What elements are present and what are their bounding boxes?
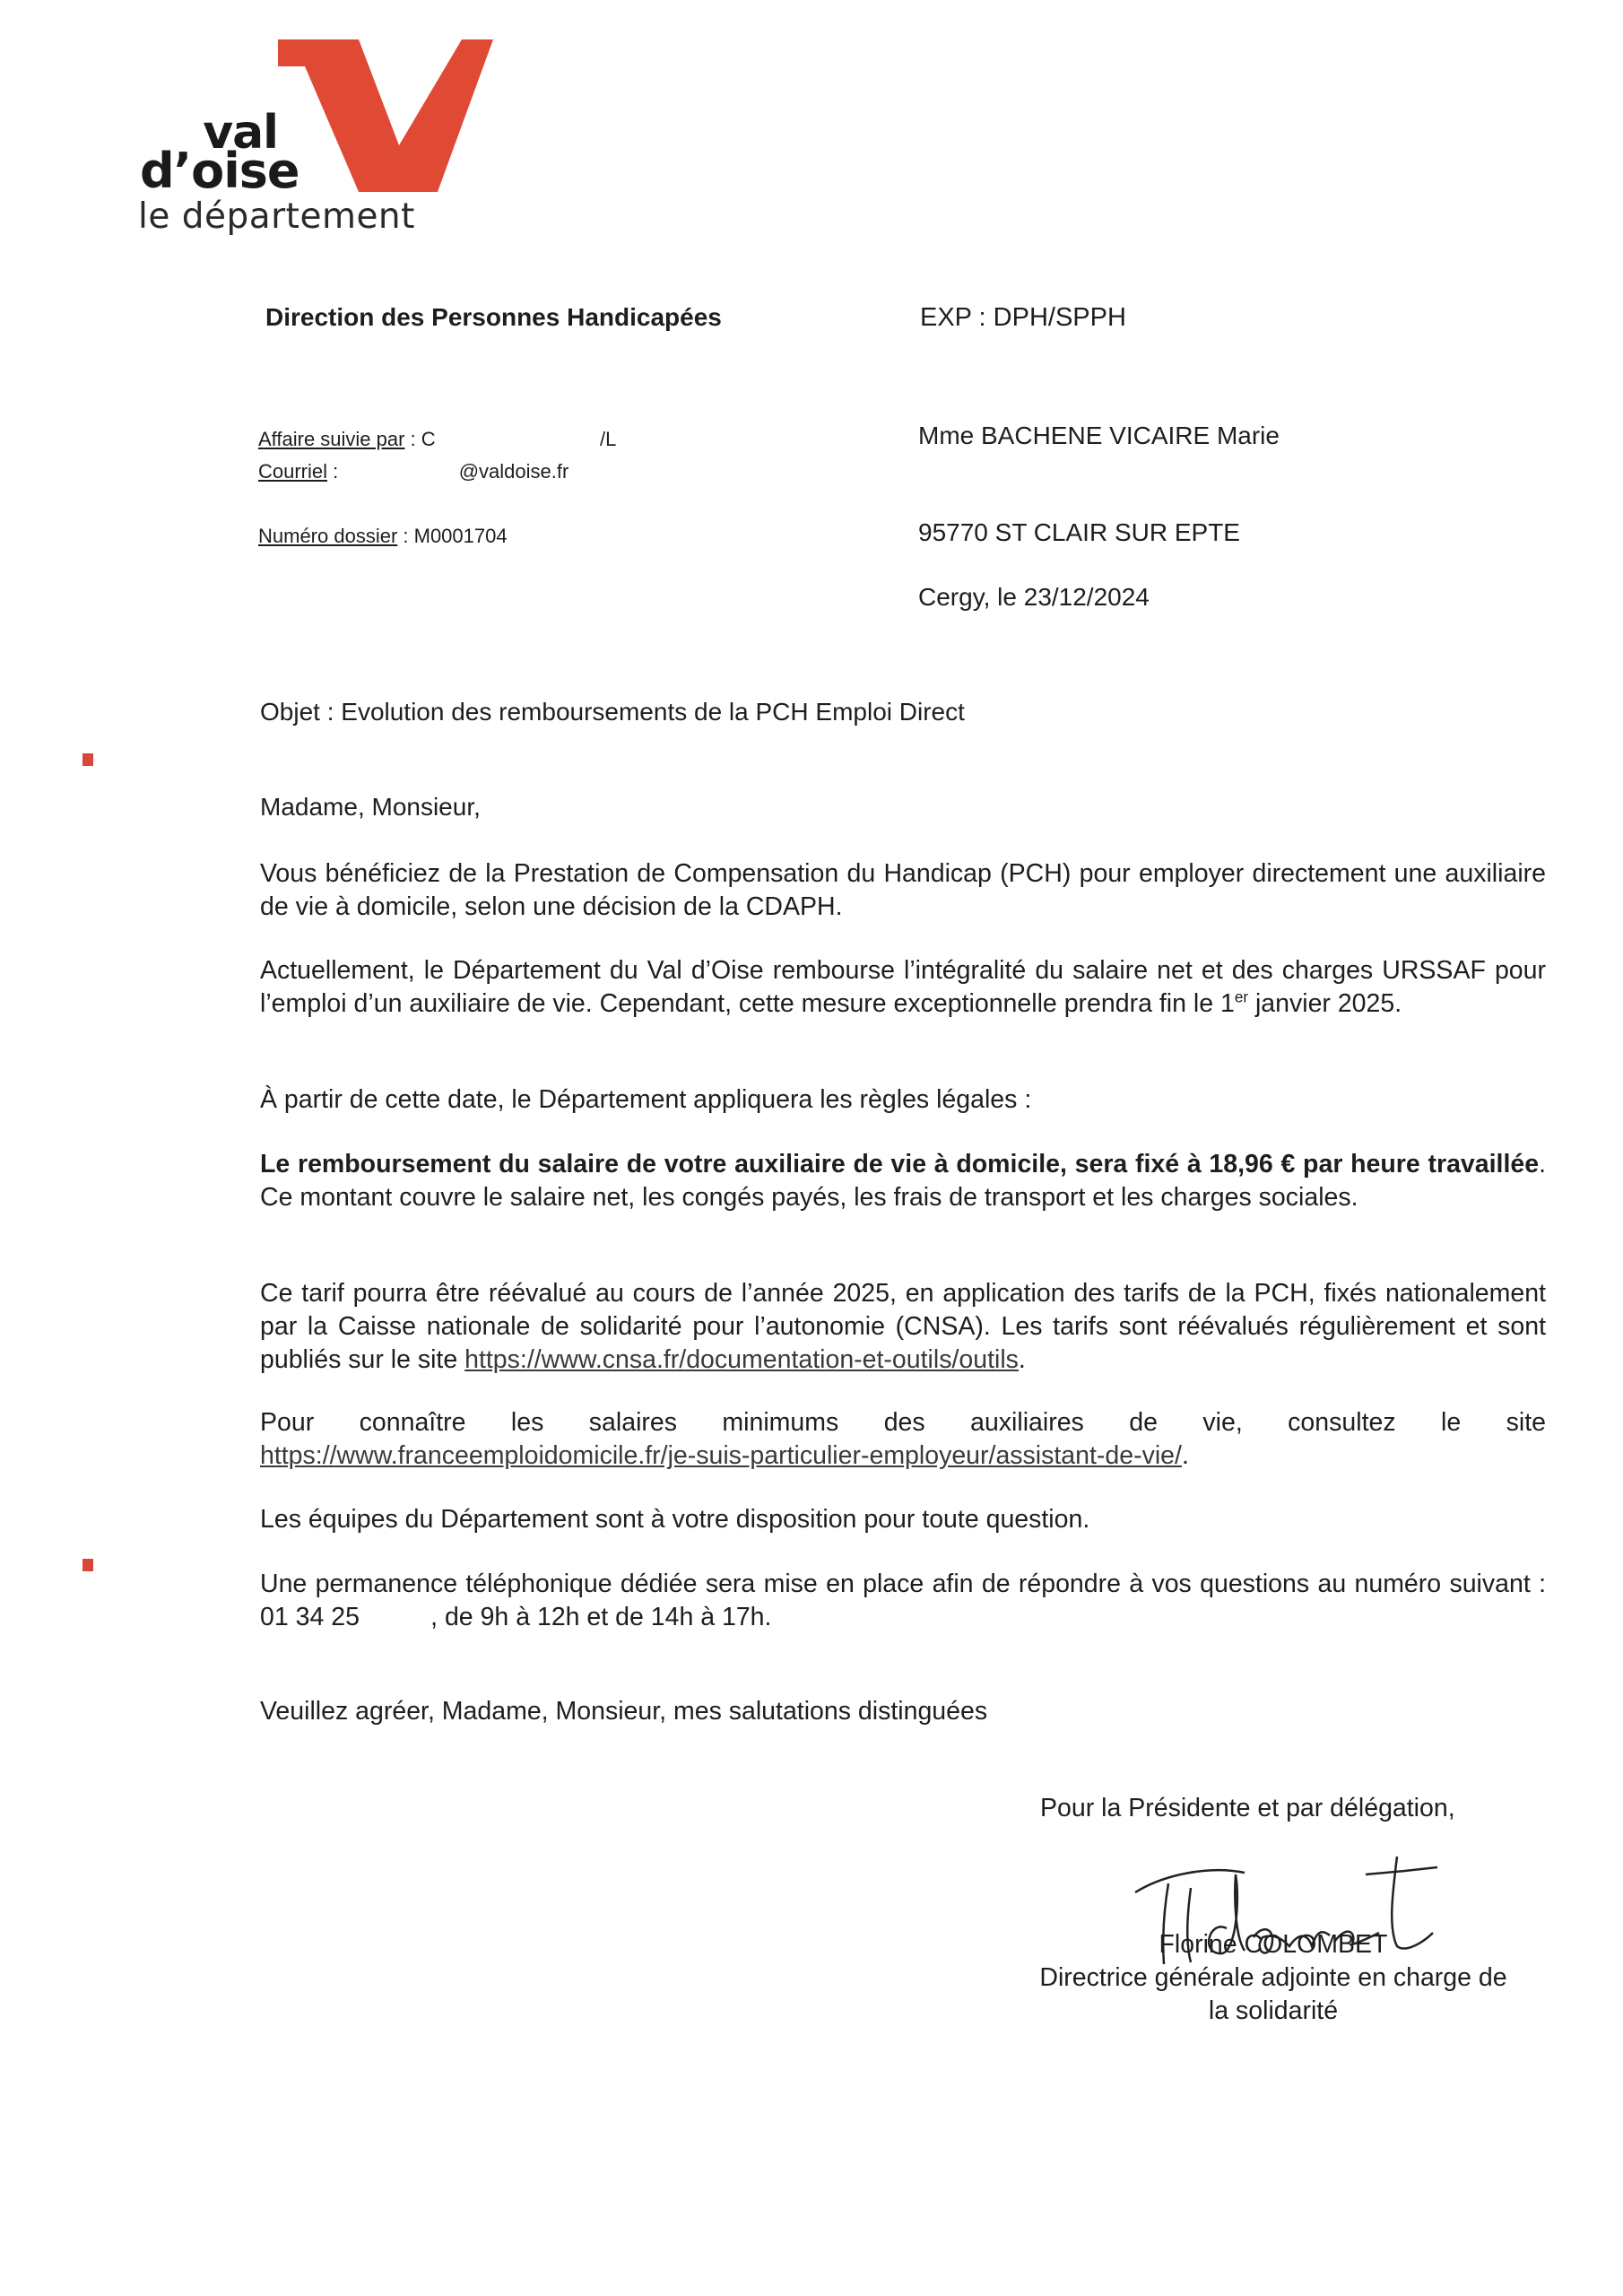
paragraph-legal-rules: À partir de cette date, le Département a… [260,1083,1546,1117]
franceemploidomicile-link[interactable]: https://www.franceemploidomicile.fr/je-s… [260,1441,1182,1470]
paragraph-cnsa: Ce tarif pourra être réévalué au cours d… [260,1277,1546,1377]
cnsa-link[interactable]: https://www.cnsa.fr/documentation-et-out… [464,1345,1019,1374]
affaire-value: : C /L [404,428,616,450]
recipient-name: Mme BACHENE VICAIRE Marie [918,422,1280,450]
val-doise-logo: val d’oise le département [135,39,493,237]
signer-name: Florine COLOMBET [1004,1928,1542,1961]
dossier-line: Numéro dossier : M0001704 [258,524,508,549]
paragraph-minimum-wages-link-line: https://www.franceemploidomicile.fr/je-s… [260,1439,1546,1473]
affaire-suivie-line: Affaire suivie par : C /L [258,427,616,452]
sender-reference: EXP : DPH/SPPH [920,303,1126,333]
courriel-line: Courriel : @valdoise.fr [258,459,568,484]
delegation-line: Pour la Présidente et par délégation, [1040,1794,1455,1823]
paragraph-new-rate: Le remboursement du salaire de votre aux… [260,1148,1546,1214]
superscript: er [1235,989,1248,1006]
paragraph-hotline: Une permanence téléphonique dédiée sera … [260,1568,1546,1634]
dossier-value: : M0001704 [397,525,507,547]
dossier-label: Numéro dossier [258,525,397,547]
recipient-city: 95770 ST CLAIR SUR EPTE [918,518,1240,547]
closing-formula: Veuillez agréer, Madame, Monsieur, mes s… [260,1695,1546,1728]
paragraph-current-reimbursement: Actuellement, le Département du Val d’Oi… [260,954,1546,1021]
affaire-label: Affaire suivie par [258,428,404,450]
courriel-label: Courriel [258,460,327,483]
rate-highlight: Le remboursement du salaire de votre aux… [260,1150,1539,1178]
fold-marker [82,1559,93,1571]
letter-object: Objet : Evolution des remboursements de … [260,698,965,726]
paragraph-pch: Vous bénéficiez de la Prestation de Comp… [260,857,1546,924]
logo-text-doise: d’oise [140,147,299,196]
logo-text-departement: le département [138,197,415,237]
direction-heading: Direction des Personnes Handicapées [265,303,722,332]
paragraph-minimum-wages: Pour connaître les salaires minimums des… [260,1406,1546,1439]
courriel-value: : @valdoise.fr [327,460,568,483]
signer-title: Directrice générale adjointe en charge d… [1004,1961,1542,1995]
paragraph-text: janvier 2025. [1248,989,1402,1018]
salutation: Madame, Monsieur, [260,793,481,822]
signer-title-continued: la solidarité [1004,1995,1542,2028]
logo-v-shape-icon [269,39,493,192]
paragraph-text: . [1019,1345,1026,1374]
letter-date: Cergy, le 23/12/2024 [918,583,1150,612]
paragraph-text: . [1182,1441,1189,1470]
paragraph-teams: Les équipes du Département sont à votre … [260,1503,1546,1536]
fold-marker [82,753,93,766]
